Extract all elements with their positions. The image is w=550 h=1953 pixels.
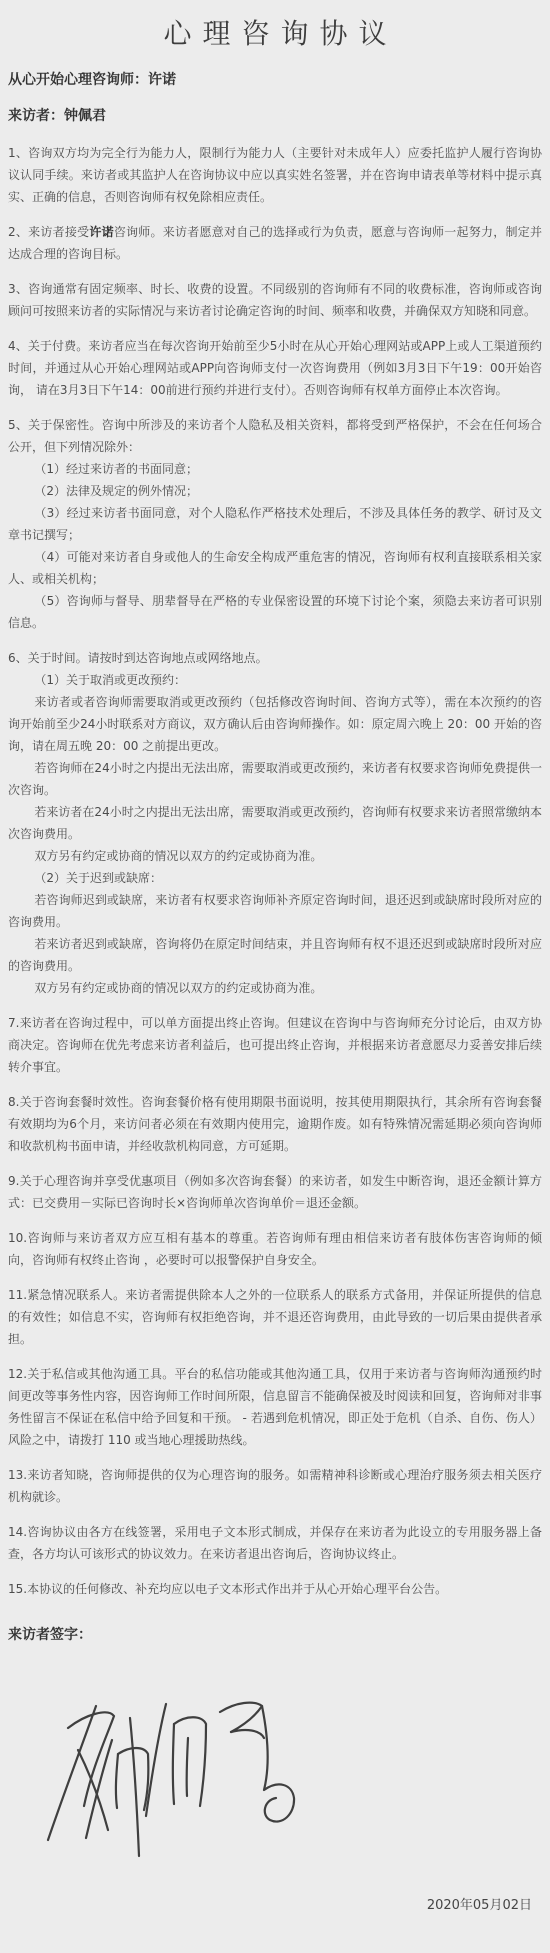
subclause: 若咨询师在24小时之内提出无法出席，需要取消或更改预约，来访者有权要求咨询师免费… <box>8 757 542 801</box>
clause-14: 14.咨询协议由各方在线签署，采用电子文本形式制成，并保存在来访者为此设立的专用… <box>8 1521 542 1565</box>
signature-label: 来访者签字： <box>8 1624 542 1644</box>
clause-7: 7.来访者在咨询过程中，可以单方面提出终止咨询。但建议在咨询中与咨询师充分讨论后… <box>8 1012 542 1078</box>
subclause: 若咨询师迟到或缺席，来访者有权要求咨询师补齐原定咨询时间，退还迟到或缺席时段所对… <box>8 889 542 933</box>
agreement-document: 心理咨询协议 从心开始心理咨询师：许诺 来访者：钟佩君 1、咨询双方均为完全行为… <box>0 0 550 1953</box>
clause-12: 12.关于私信或其他沟通工具。平台的私信功能或其他沟通工具，仅用于来访者与咨询师… <box>8 1363 542 1451</box>
clause-6: 6、关于时间。请按时到达咨询地点或网络地点。 （1）关于取消或更改预约： 来访者… <box>8 647 542 999</box>
clause-9: 9.关于心理咨询并享受优惠项目（例如多次咨询套餐）的来访者，如发生中断咨询，退还… <box>8 1170 542 1214</box>
subclause: 双方另有约定或协商的情况以双方的约定或协商为准。 <box>8 977 542 999</box>
subclause: （2）关于迟到或缺席： <box>8 867 542 889</box>
clause-3: 3、咨询通常有固定频率、时长、收费的设置。不同级别的咨询师有不同的收费标准，咨询… <box>8 278 542 322</box>
subclause: （1）关于取消或更改预约： <box>8 669 542 691</box>
clause-5: 5、关于保密性。咨询中所涉及的来访者个人隐私及相关资料，都将受到严格保护，不会在… <box>8 414 542 634</box>
subclause: 来访者或者咨询师需要取消或更改预约（包括修改咨询时间、咨询方式等），需在本次预约… <box>8 691 542 757</box>
clause-11: 11.紧急情况联系人。来访者需提供除本人之外的一位联系人的联系方式备用，并保证所… <box>8 1284 542 1350</box>
clause-5-intro: 5、关于保密性。咨询中所涉及的来访者个人隐私及相关资料，都将受到严格保护，不会在… <box>8 414 542 458</box>
clause-6-intro: 6、关于时间。请按时到达咨询地点或网络地点。 <box>8 647 542 669</box>
page-title: 心理咨询协议 <box>8 16 542 52</box>
visitor-signature <box>34 1678 306 1868</box>
subclause: （1）经过来访者的书面同意； <box>8 458 542 480</box>
subclause: （4）可能对来访者自身或他人的生命安全构成严重危害的情况，咨询师有权利直接联系相… <box>8 546 542 590</box>
visitor-line: 来访者：钟佩君 <box>8 106 542 127</box>
clause-10: 10.咨询师与来访者双方应互相有基本的尊重。若咨询师有理由相信来访者有肢体伤害咨… <box>8 1227 542 1271</box>
clause-15: 15.本协议的任何修改、补充均应以电子文本形式作出并于从心开始心理平台公告。 <box>8 1578 542 1600</box>
clause-2-text: 2、来访者接受 <box>8 225 89 239</box>
counselor-name-emphasis: 许诺 <box>89 225 113 239</box>
subclause: （2）法律及规定的例外情况； <box>8 480 542 502</box>
clause-13: 13.来访者知晓，咨询师提供的仅为心理咨询的服务。如需精神科诊断或心理治疗服务须… <box>8 1464 542 1508</box>
clause-4: 4、关于付费。来访者应当在每次咨询开始前至少5小时在从心开始心理网站或APP上或… <box>8 335 542 401</box>
subclause: 双方另有约定或协商的情况以双方的约定或协商为准。 <box>8 845 542 867</box>
subclause: 若来访者在24小时之内提出无法出席，需要取消或更改预约，咨询师有权要求来访者照常… <box>8 801 542 845</box>
subclause: （3）经过来访者书面同意，对个人隐私作严格技术处理后，不涉及具体任务的教学、研讨… <box>8 502 542 546</box>
agreement-date: 2020年05月02日 <box>8 1894 532 1913</box>
clause-8: 8.关于咨询套餐时效性。咨询套餐价格有使用期限书面说明，按其使用期限执行，其余所… <box>8 1091 542 1157</box>
counselor-line: 从心开始心理咨询师：许诺 <box>8 70 542 91</box>
clause-1: 1、咨询双方均为完全行为能力人，限制行为能力人（主要针对未成年人）应委托监护人履… <box>8 142 542 208</box>
clause-2: 2、来访者接受许诺咨询师。来访者愿意对自己的选择或行为负责，愿意与咨询师一起努力… <box>8 221 542 265</box>
subclause: 若来访者迟到或缺席，咨询将仍在原定时间结束，并且咨询师有权不退还迟到或缺席时段所… <box>8 933 542 977</box>
subclause: （5）咨询师与督导、朋辈督导在严格的专业保密设置的环境下讨论个案，须隐去来访者可… <box>8 590 542 634</box>
